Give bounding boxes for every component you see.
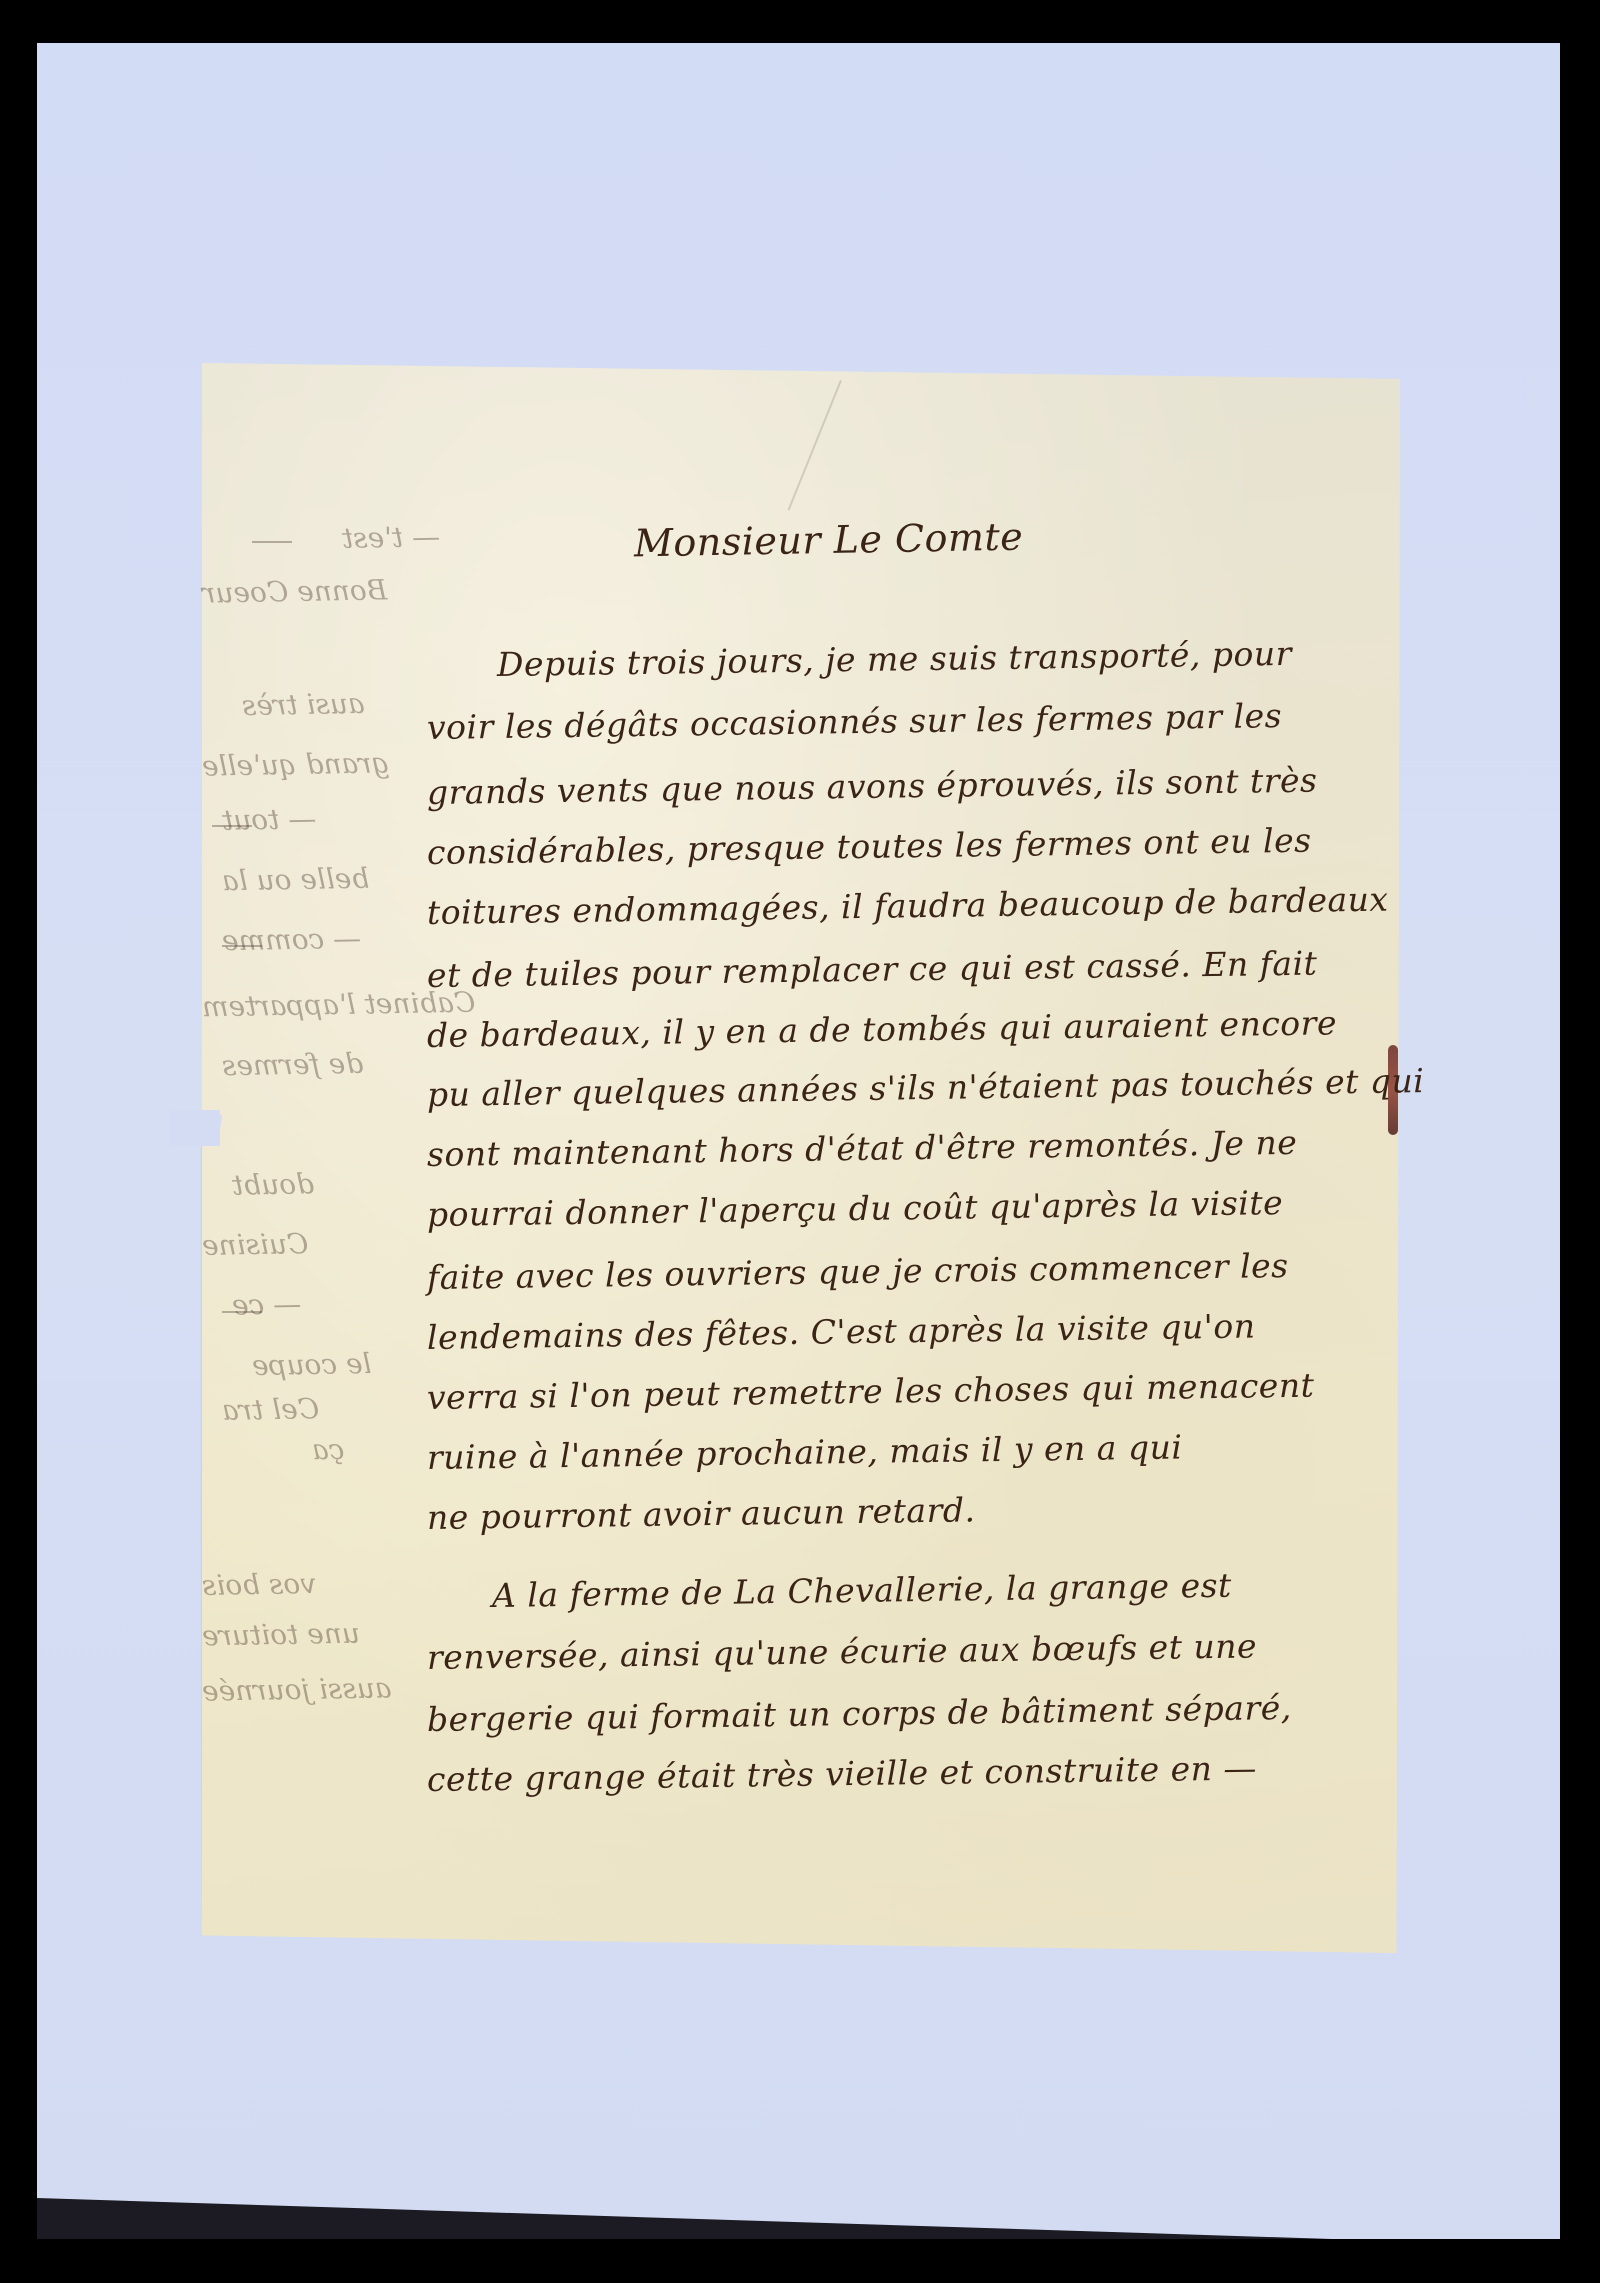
letter-line: de bardeaux, il y en a de tombés qui aur…	[427, 1003, 1337, 1055]
bleed-through-dash	[222, 1311, 262, 1313]
letter-line: bergerie qui formait un corps de bâtimen…	[427, 1688, 1292, 1739]
letter-line: voir les dégâts occasionnés sur les ferm…	[427, 696, 1283, 747]
bleed-through-text: de fermes	[222, 1047, 364, 1082]
bleed-through-text: belle ou la	[222, 862, 370, 898]
letter-line: pu aller quelques années s'ils n'étaient…	[427, 1061, 1425, 1114]
bleed-through-text: une toiture	[202, 1617, 360, 1653]
bleed-through-text: ça	[312, 1433, 345, 1467]
letter-line: et de tuiles pour remplacer ce qui est c…	[427, 944, 1318, 995]
letter-line: verra si l'on peut remettre les choses q…	[427, 1366, 1315, 1417]
letter-content: — t'est Bonne Coeur ausi très grand qu'e…	[202, 363, 1400, 1953]
letter-line: sont maintenant hors d'état d'être remon…	[427, 1123, 1298, 1174]
letter-line: ne pourront avoir aucun retard.	[427, 1490, 976, 1537]
bleed-through-text: Cuisine	[202, 1227, 309, 1262]
bleed-through-text: aussi journée	[202, 1671, 392, 1707]
bleed-through-text: vos bois	[202, 1567, 317, 1602]
letter-line: grands vents que nous avons éprouvés, il…	[427, 761, 1318, 812]
letter-line: ruine à l'année prochaine, mais il y en …	[427, 1427, 1183, 1477]
letter-line: faite avec les ouvriers que je crois com…	[427, 1246, 1289, 1297]
bleed-through-text: Cel tra	[222, 1392, 320, 1427]
letter-salutation: Monsieur Le Comte	[634, 515, 1024, 566]
letter-line: lendemains des fêtes. C'est après la vis…	[427, 1306, 1256, 1357]
bleed-through-text: — t'est	[342, 520, 441, 555]
letter-line: renversée, ainsi qu'une écurie aux bœufs…	[427, 1626, 1257, 1677]
bleed-through-text: Bonne Coeur	[202, 573, 388, 609]
bleed-through-dash	[252, 541, 292, 543]
letter-line: A la ferme de La Chevallerie, la grange …	[492, 1566, 1232, 1615]
bleed-through-text: — ce	[232, 1287, 302, 1321]
letter-line: considérables, presque toutes les fermes…	[427, 821, 1312, 872]
bleed-through-text: doubt	[232, 1167, 315, 1201]
bleed-through-text: — tout	[222, 802, 317, 837]
bleed-through-text: — comme	[222, 922, 362, 957]
bleed-through-dash	[212, 825, 252, 827]
letter-line: toitures endommagées, il faudra beaucoup…	[427, 880, 1389, 932]
bleed-through-text: grand qu'elle	[202, 746, 390, 782]
bleed-through-dash	[222, 945, 262, 947]
bleed-through-text: le coupe	[252, 1347, 372, 1382]
letter-line: cette grange était très vieille et const…	[427, 1748, 1257, 1799]
letter-line: pourrai donner l'aperçu du coût qu'après…	[427, 1183, 1284, 1234]
letter-line: Depuis trois jours, je me suis transport…	[497, 634, 1292, 684]
bleed-through-text: ausi très	[242, 687, 365, 722]
